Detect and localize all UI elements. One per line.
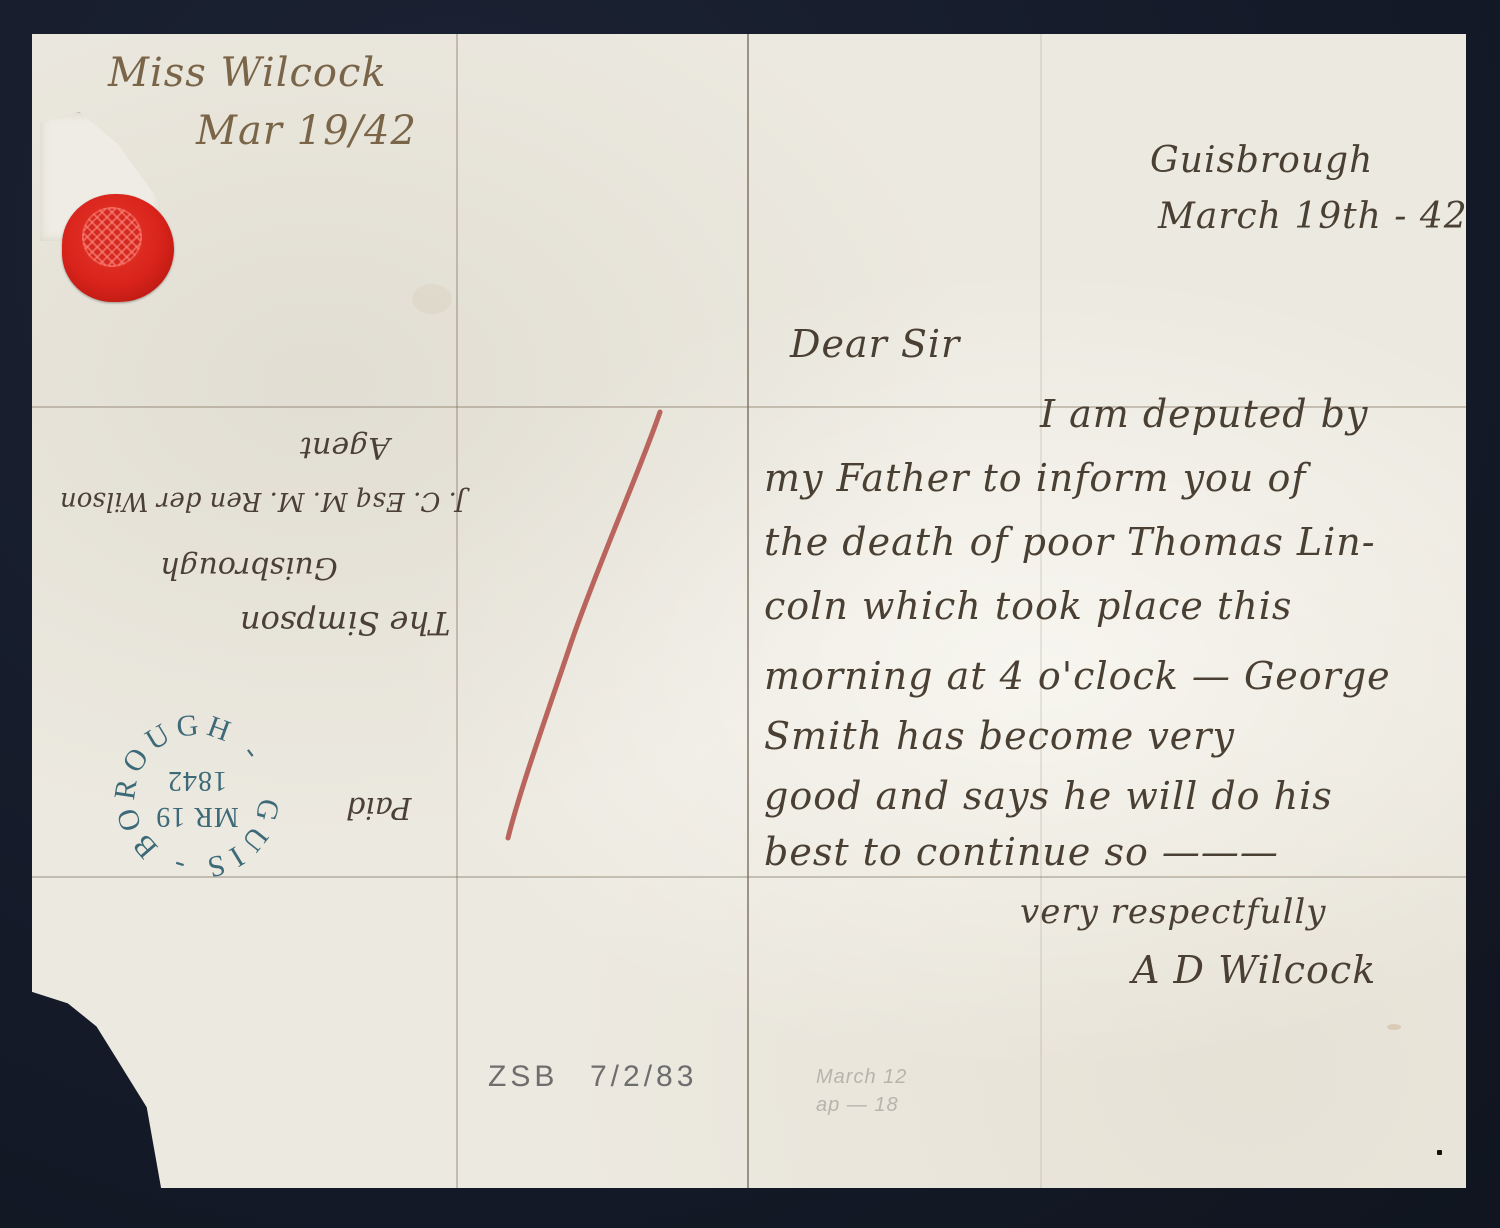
address-line: Agent	[300, 430, 390, 465]
address-line: J. C. Esq M. M. Ren der Wilson	[60, 486, 465, 516]
address-line: The Simpson	[240, 604, 450, 642]
postmark-year: 1842	[112, 764, 282, 796]
postmark-ring-icon: GUIS - BOROUGH -	[112, 712, 282, 882]
seal-impression-icon	[82, 207, 142, 267]
svg-text:GUIS - BOROUGH -: GUIS - BOROUGH -	[112, 712, 282, 882]
fold-line-vertical-left	[456, 34, 458, 1188]
letter-body-line: the death of poor Thomas Lin-	[764, 520, 1376, 564]
postmark-stamp: GUIS - BOROUGH - MR 19 1842	[112, 712, 282, 882]
wax-seal	[62, 194, 174, 302]
archive-reference: ZSB	[488, 1060, 558, 1094]
letter-signature: A D Wilcock	[1132, 948, 1376, 992]
letter-closing: very respectfully	[1020, 892, 1326, 932]
letter-body-line: Smith has become very	[764, 714, 1235, 758]
postmark-date: MR 19	[112, 800, 282, 832]
archive-note-line1: March 12	[816, 1064, 907, 1090]
letter-body-line: I am deputed by	[1040, 392, 1368, 436]
letter-body-line: good and says he will do his	[764, 774, 1333, 818]
fold-line-vertical-center	[747, 34, 749, 1188]
address-line: Guisbrough	[160, 550, 338, 585]
docket-name: Miss Wilcock	[108, 50, 387, 96]
ink-dot	[1437, 1150, 1442, 1155]
letter-body-line: my Father to inform you of	[764, 456, 1306, 500]
letter-place: Guisbrough	[1150, 140, 1373, 181]
stain	[412, 284, 452, 314]
letter-salutation: Dear Sir	[790, 322, 960, 366]
docket-date: Mar 19/42	[196, 108, 417, 154]
address-paid-mark: Paid	[346, 790, 412, 825]
archive-note-line2: ap — 18	[816, 1092, 899, 1118]
letter-body-line: morning at 4 o'clock — George	[764, 654, 1391, 698]
stain	[1387, 1024, 1401, 1030]
archive-date: 7/2/83	[590, 1060, 697, 1094]
letter-body-line: best to continue so ———	[764, 830, 1279, 874]
letter-body-line: coln which took place this	[764, 584, 1292, 628]
letter-date: March 19th - 42	[1158, 196, 1468, 237]
